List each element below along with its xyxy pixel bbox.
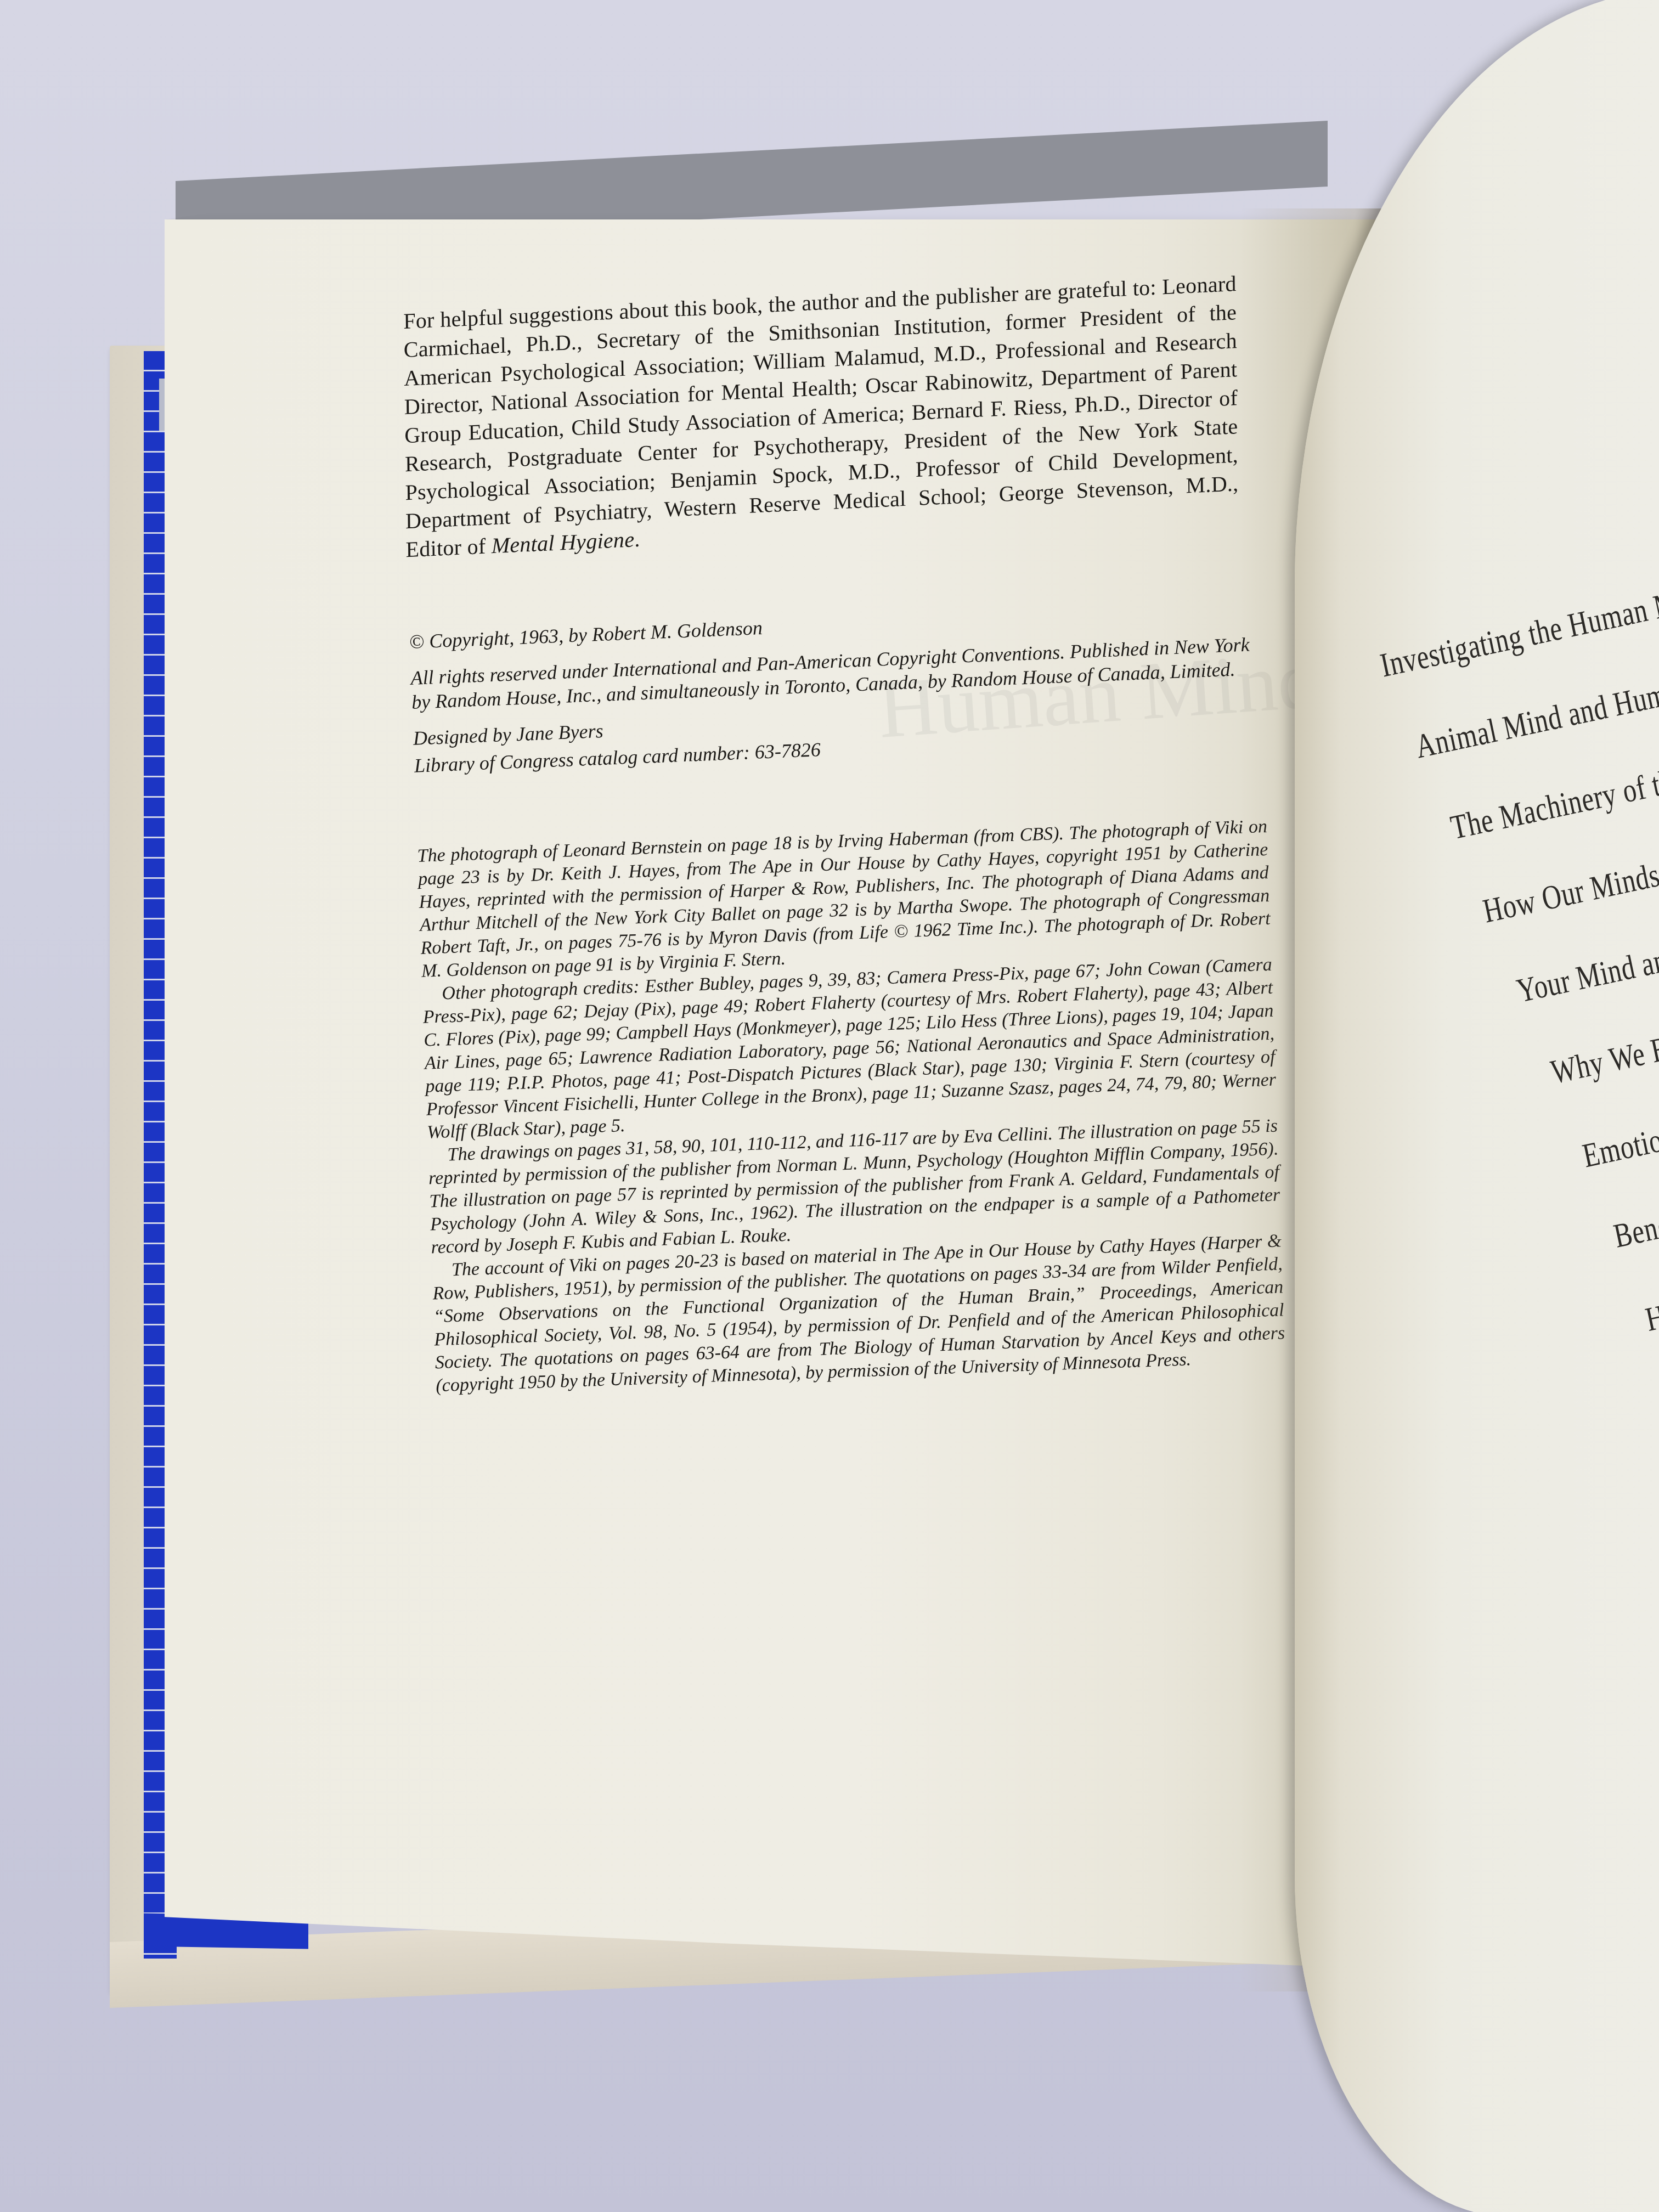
journal-title: Mental Hygiene [492, 527, 635, 558]
acknowledgments-end: . [634, 527, 640, 551]
contents-list: Investigating the Human Mind Animal Mind… [1377, 567, 1659, 1580]
book-photo: Human Mind For helpful suggestions about… [0, 0, 1659, 2212]
other-photo-credits-paragraph: Other photograph credits: Esther Bubley,… [422, 953, 1277, 1144]
acknowledgments-paragraph: For helpful suggestions about this book,… [403, 269, 1239, 564]
credits-block: The photograph of Leonard Bernstein on p… [417, 815, 1286, 1397]
acknowledgments-text: For helpful suggestions about this book,… [403, 271, 1239, 562]
copyright-block: © Copyright, 1963, by Robert M. Goldenso… [409, 596, 1259, 790]
contents-clip: Investigating the Human Mind Animal Mind… [1295, 0, 1659, 2212]
